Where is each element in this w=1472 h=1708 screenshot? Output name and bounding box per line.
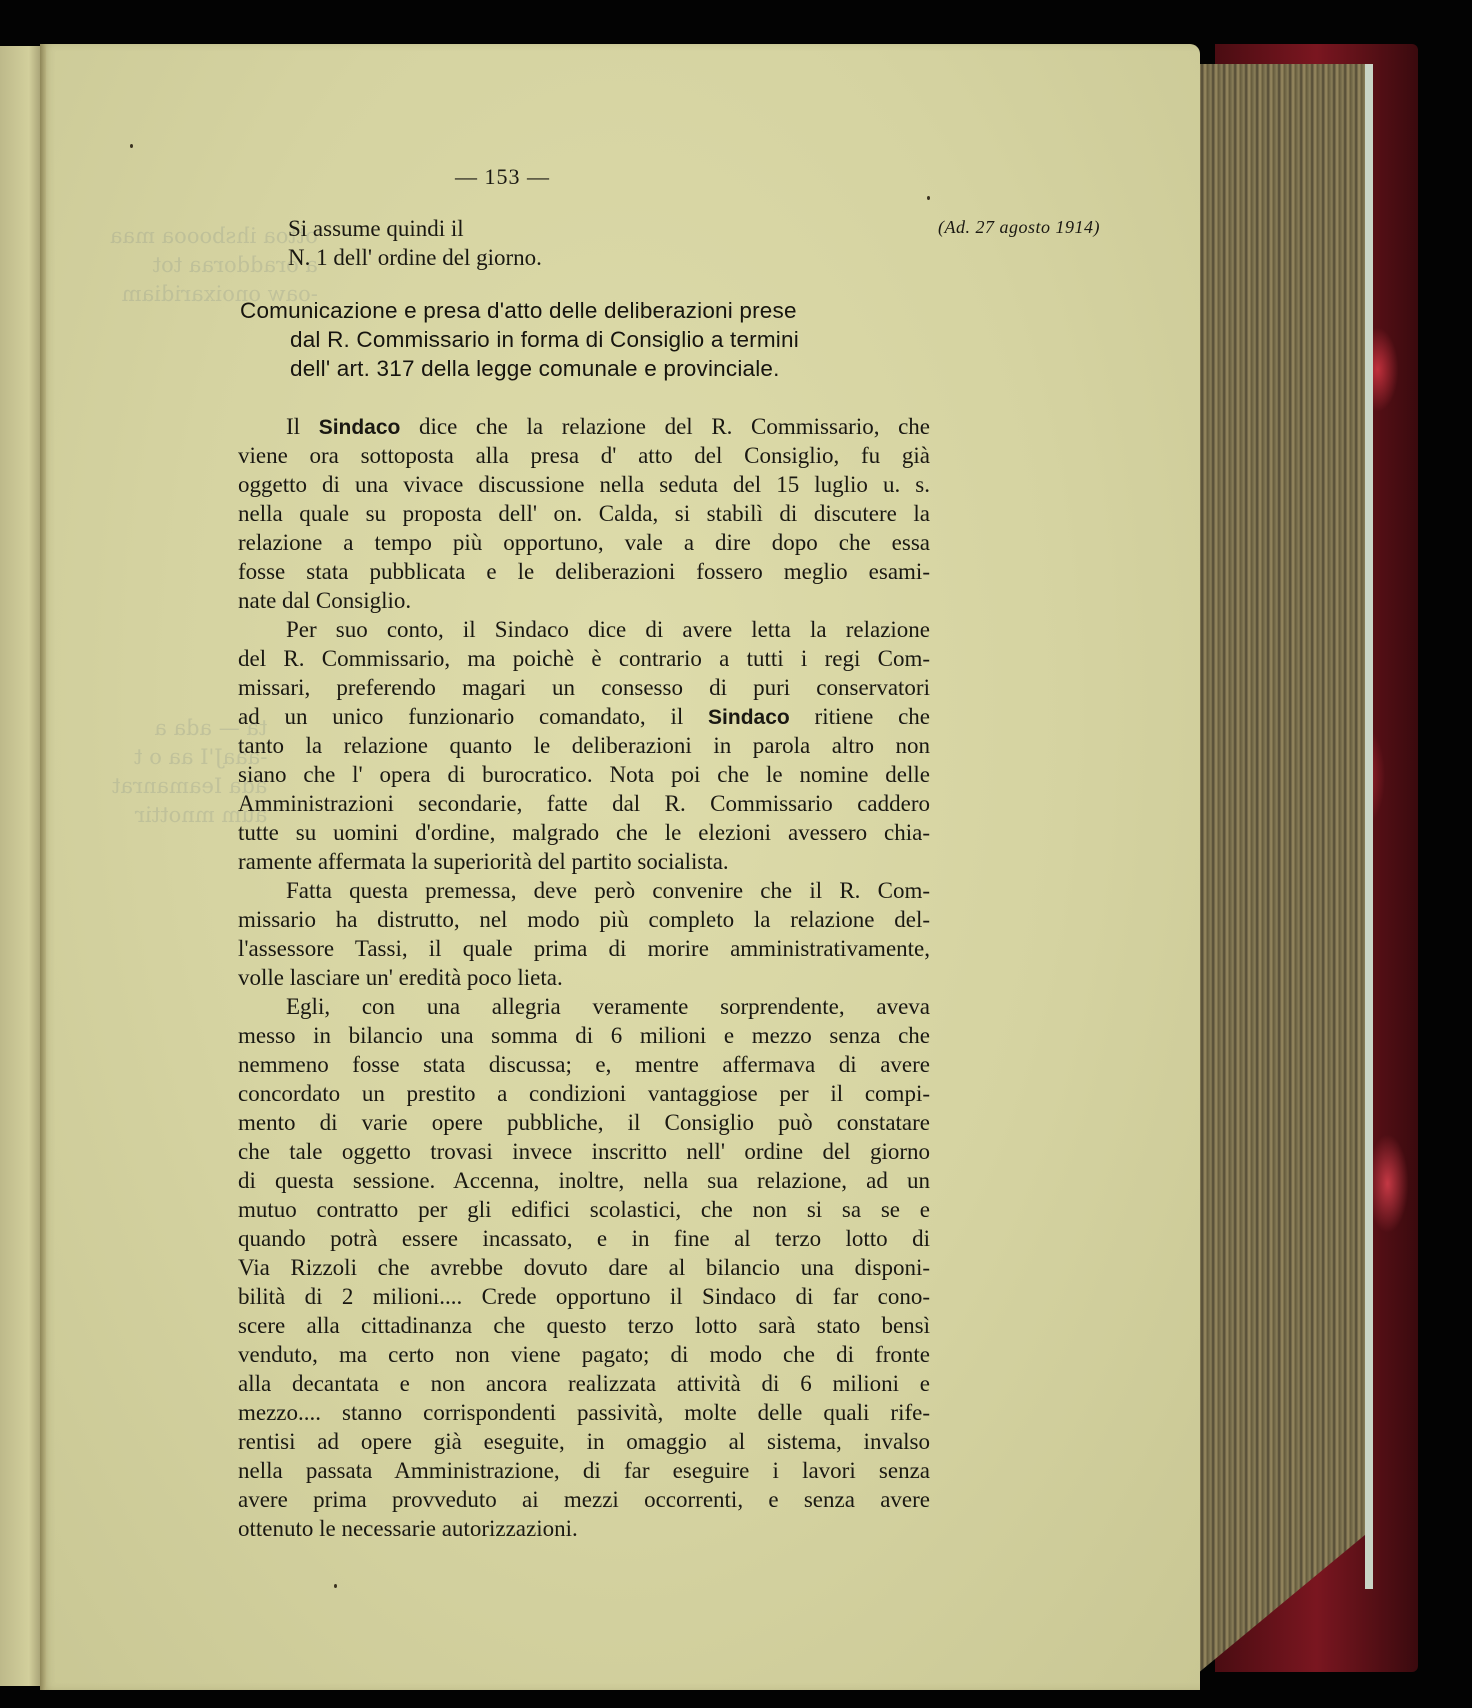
text-line: ad un unico funzionario comandato, il Si… (238, 702, 930, 731)
text-line: messo in bilancio una somma di 6 milioni… (238, 1021, 930, 1050)
text-line: tutte su uomini d'ordine, malgrado che l… (238, 818, 930, 847)
text-line: del R. Commissario, ma poichè è contrari… (238, 644, 930, 673)
paper-speck (130, 144, 133, 148)
text-line: l'assessore Tassi, il quale prima di mor… (238, 934, 930, 963)
text-line: scere alla cittadinanza che questo terzo… (238, 1311, 930, 1340)
text-line: ottenuto le necessarie autorizzazioni. (238, 1514, 930, 1543)
text-line: missario ha distrutto, nel modo più comp… (238, 905, 930, 934)
text-line: mutuo contratto per gli edifici scolasti… (238, 1195, 930, 1224)
text-line: Egli, con una allegria veramente sorpren… (238, 992, 930, 1021)
text-line: ramente affermata la superiorità del par… (238, 847, 930, 876)
text-line: mento di varie opere pubbliche, il Consi… (238, 1108, 930, 1137)
text-line: rentisi ad opere già eseguite, in omaggi… (238, 1427, 930, 1456)
text-line: concordato un prestito a condizioni vant… (238, 1079, 930, 1108)
text-line: alla decantata e non ancora realizzata a… (238, 1369, 930, 1398)
text-line: Per suo conto, il Sindaco dice di avere … (238, 615, 930, 644)
text-line: venduto, ma certo non viene pagato; di m… (238, 1340, 930, 1369)
text-line: siano che l' opera di burocratico. Nota … (238, 760, 930, 789)
gutter-fold (40, 44, 46, 1690)
heading-line: dal R. Commissario in forma di Consiglio… (240, 325, 940, 354)
text-line: oggetto di una vivace discussione nella … (238, 470, 930, 499)
text-line: relazione a tempo più opportuno, vale a … (238, 528, 930, 557)
agenda-intro: Si assume quindi il N. 1 dell' ordine de… (288, 214, 908, 272)
speaker-name: Sindaco (319, 416, 401, 439)
section-heading: Comunicazione e presa d'atto delle delib… (240, 296, 940, 383)
text-line: nemmeno fosse stata discussa; e, mentre … (238, 1050, 930, 1079)
text-line: volle lasciare un' eredità poco lieta. (238, 963, 930, 992)
page-number: — 153 — (455, 162, 550, 191)
heading-line: Comunicazione e presa d'atto delle delib… (240, 296, 940, 325)
paper-speck (334, 1584, 337, 1588)
text-line: tanto la relazione quanto le deliberazio… (238, 731, 930, 760)
text-line: di questa sessione. Accenna, inoltre, ne… (238, 1166, 930, 1195)
paper-speck (927, 196, 930, 200)
heading-line: dell' art. 317 della legge comunale e pr… (240, 354, 940, 383)
text-line: nella quale su proposta dell' on. Calda,… (238, 499, 930, 528)
text-line: bilità di 2 milioni.... Crede opportuno … (238, 1282, 930, 1311)
text-line: missari, preferendo magari un consesso d… (238, 673, 930, 702)
text-line: Il Sindaco dice che la relazione del R. … (238, 412, 930, 441)
text-line: Fatta questa premessa, deve però conveni… (238, 876, 930, 905)
intro-line: N. 1 dell' ordine del giorno. (288, 243, 908, 272)
text-line: nate dal Consiglio. (238, 586, 930, 615)
body-text: Il Sindaco dice che la relazione del R. … (238, 412, 930, 1543)
text-line: viene ora sottoposta alla presa d' atto … (238, 441, 930, 470)
session-date: (Ad. 27 agosto 1914) (938, 213, 1100, 242)
text-line: mezzo.... stanno corrispondenti passivit… (238, 1398, 930, 1427)
text-line: che tale oggetto trovasi invece inscritt… (238, 1137, 930, 1166)
page-block-fore-edge (1197, 64, 1372, 1674)
text-line: Amministrazioni secondarie, fatte dal R.… (238, 789, 930, 818)
speaker-name: Sindaco (708, 706, 790, 729)
intro-line: Si assume quindi il (288, 214, 908, 243)
text-line: fosse stata pubblicata e le deliberazion… (238, 557, 930, 586)
text-line: nella passata Amministrazione, di far es… (238, 1456, 930, 1485)
text-line: Via Rizzoli che avrebbe dovuto dare al b… (238, 1253, 930, 1282)
text-line: quando potrà essere incassato, e in fine… (238, 1224, 930, 1253)
page-block-edge (1365, 64, 1373, 1589)
text-line: avere prima provveduto ai mezzi occorren… (238, 1485, 930, 1514)
